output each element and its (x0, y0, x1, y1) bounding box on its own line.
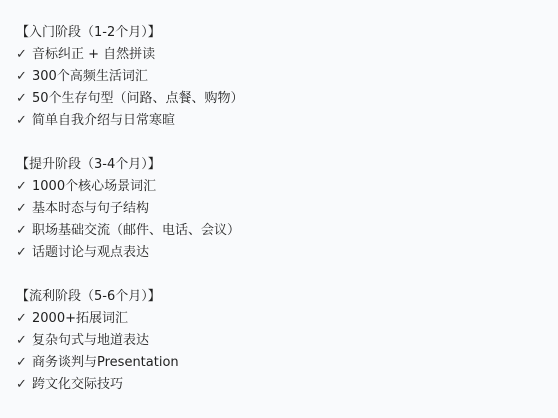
list-item-text: 商务谈判与Presentation (32, 352, 179, 374)
section-title: 【入门阶段（1-2个月）】 (16, 22, 558, 44)
checkmark-icon: ✓ (16, 176, 32, 198)
list-item: ✓ 50个生存句型（问路、点餐、购物） (16, 88, 558, 110)
list-item-text: 跨文化交际技巧 (32, 374, 123, 396)
list-item: ✓ 2000+拓展词汇 (16, 308, 558, 330)
list-item: ✓ 复杂句式与地道表达 (16, 330, 558, 352)
checkmark-icon: ✓ (16, 44, 32, 66)
list-item: ✓ 基本时态与句子结构 (16, 198, 558, 220)
list-item: ✓ 职场基础交流（邮件、电话、会议） (16, 220, 558, 242)
list-item-text: 复杂句式与地道表达 (32, 330, 149, 352)
list-item: ✓ 商务谈判与Presentation (16, 352, 558, 374)
list-item-text: 50个生存句型（问路、点餐、购物） (32, 88, 244, 110)
checkmark-icon: ✓ (16, 88, 32, 110)
section-title: 【提升阶段（3-4个月）】 (16, 154, 558, 176)
list-item: ✓ 1000个核心场景词汇 (16, 176, 558, 198)
checkmark-icon: ✓ (16, 198, 32, 220)
list-item: ✓ 音标纠正 + 自然拼读 (16, 44, 558, 66)
checkmark-icon: ✓ (16, 110, 32, 132)
checkmark-icon: ✓ (16, 330, 32, 352)
list-item-text: 基本时态与句子结构 (32, 198, 149, 220)
checkmark-icon: ✓ (16, 66, 32, 88)
checkmark-icon: ✓ (16, 220, 32, 242)
list-item-text: 300个高频生活词汇 (32, 66, 148, 88)
section-intermediate: 【提升阶段（3-4个月）】 ✓ 1000个核心场景词汇 ✓ 基本时态与句子结构 … (16, 154, 558, 264)
section-beginner: 【入门阶段（1-2个月）】 ✓ 音标纠正 + 自然拼读 ✓ 300个高频生活词汇… (16, 22, 558, 132)
learning-plan-document: 【入门阶段（1-2个月）】 ✓ 音标纠正 + 自然拼读 ✓ 300个高频生活词汇… (0, 0, 558, 396)
list-item-text: 简单自我介绍与日常寒暄 (32, 110, 175, 132)
list-item-text: 音标纠正 + 自然拼读 (32, 44, 155, 66)
checkmark-icon: ✓ (16, 374, 32, 396)
checkmark-icon: ✓ (16, 352, 32, 374)
section-title: 【流利阶段（5-6个月）】 (16, 286, 558, 308)
list-item: ✓ 简单自我介绍与日常寒暄 (16, 110, 558, 132)
list-item-text: 话题讨论与观点表达 (32, 242, 149, 264)
checkmark-icon: ✓ (16, 308, 32, 330)
section-fluent: 【流利阶段（5-6个月）】 ✓ 2000+拓展词汇 ✓ 复杂句式与地道表达 ✓ … (16, 286, 558, 396)
list-item-text: 1000个核心场景词汇 (32, 176, 156, 198)
list-item: ✓ 跨文化交际技巧 (16, 374, 558, 396)
list-item-text: 职场基础交流（邮件、电话、会议） (32, 220, 240, 242)
checkmark-icon: ✓ (16, 242, 32, 264)
list-item-text: 2000+拓展词汇 (32, 308, 128, 330)
list-item: ✓ 话题讨论与观点表达 (16, 242, 558, 264)
list-item: ✓ 300个高频生活词汇 (16, 66, 558, 88)
